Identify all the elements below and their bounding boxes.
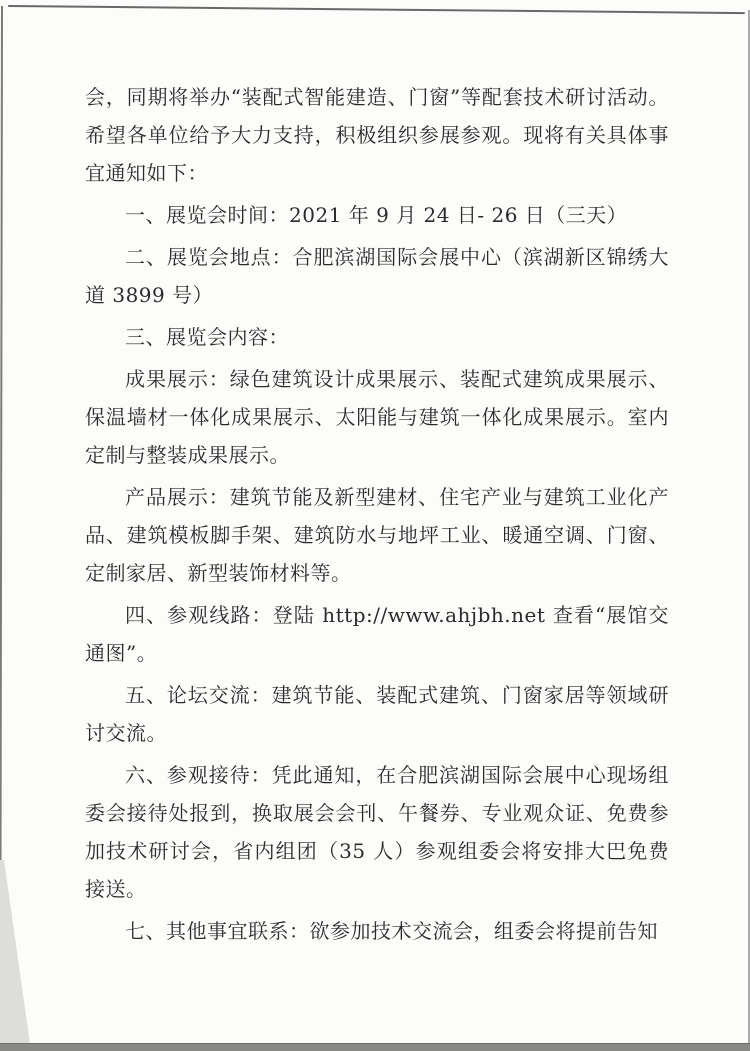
- paragraph-intro-continuation: 会，同期将举办“装配式智能建造、门窗”等配套技术研讨活动。希望各单位给予大力支持…: [85, 78, 669, 192]
- notice-text-block: 会，同期将举办“装配式智能建造、门窗”等配套技术研讨活动。希望各单位给予大力支持…: [85, 78, 669, 954]
- scan-edge-top: [8, 5, 745, 14]
- item-exhibition-content: 三、展览会内容：: [85, 318, 669, 356]
- item-forum-exchange: 五、论坛交流：建筑节能、装配式建筑、门窗家居等领域研讨交流。: [85, 676, 669, 752]
- item-exhibition-time: 一、展览会时间：2021 年 9 月 24 日- 26 日（三天）: [85, 196, 669, 234]
- scan-edge-bottom: [0, 1043, 750, 1051]
- item-visitor-reception: 六、参观接待：凭此通知，在合肥滨湖国际会展中心现场组委会接待处报到，换取展会会刊…: [85, 756, 669, 908]
- scanned-page: 会，同期将举办“装配式智能建造、门窗”等配套技术研讨活动。希望各单位给予大力支持…: [0, 0, 750, 1051]
- item-other-matters: 七、其他事宜联系：欲参加技术交流会，组委会将提前告知: [85, 912, 669, 950]
- paragraph-product-display: 产品展示：建筑节能及新型建材、住宅产业与建筑工业化产品、建筑模板脚手架、建筑防水…: [85, 478, 669, 592]
- scan-corner-bottom-left: [0, 860, 30, 1044]
- paragraph-achievement-display: 成果展示：绿色建筑设计成果展示、装配式建筑成果展示、保温墙材一体化成果展示、太阳…: [85, 360, 669, 474]
- item-visit-route: 四、参观线路：登陆 http://www.ahjbh.net 查看“展馆交通图”…: [85, 596, 669, 672]
- item-exhibition-venue: 二、展览会地点：合肥滨湖国际会展中心（滨湖新区锦绣大道 3899 号）: [85, 238, 669, 314]
